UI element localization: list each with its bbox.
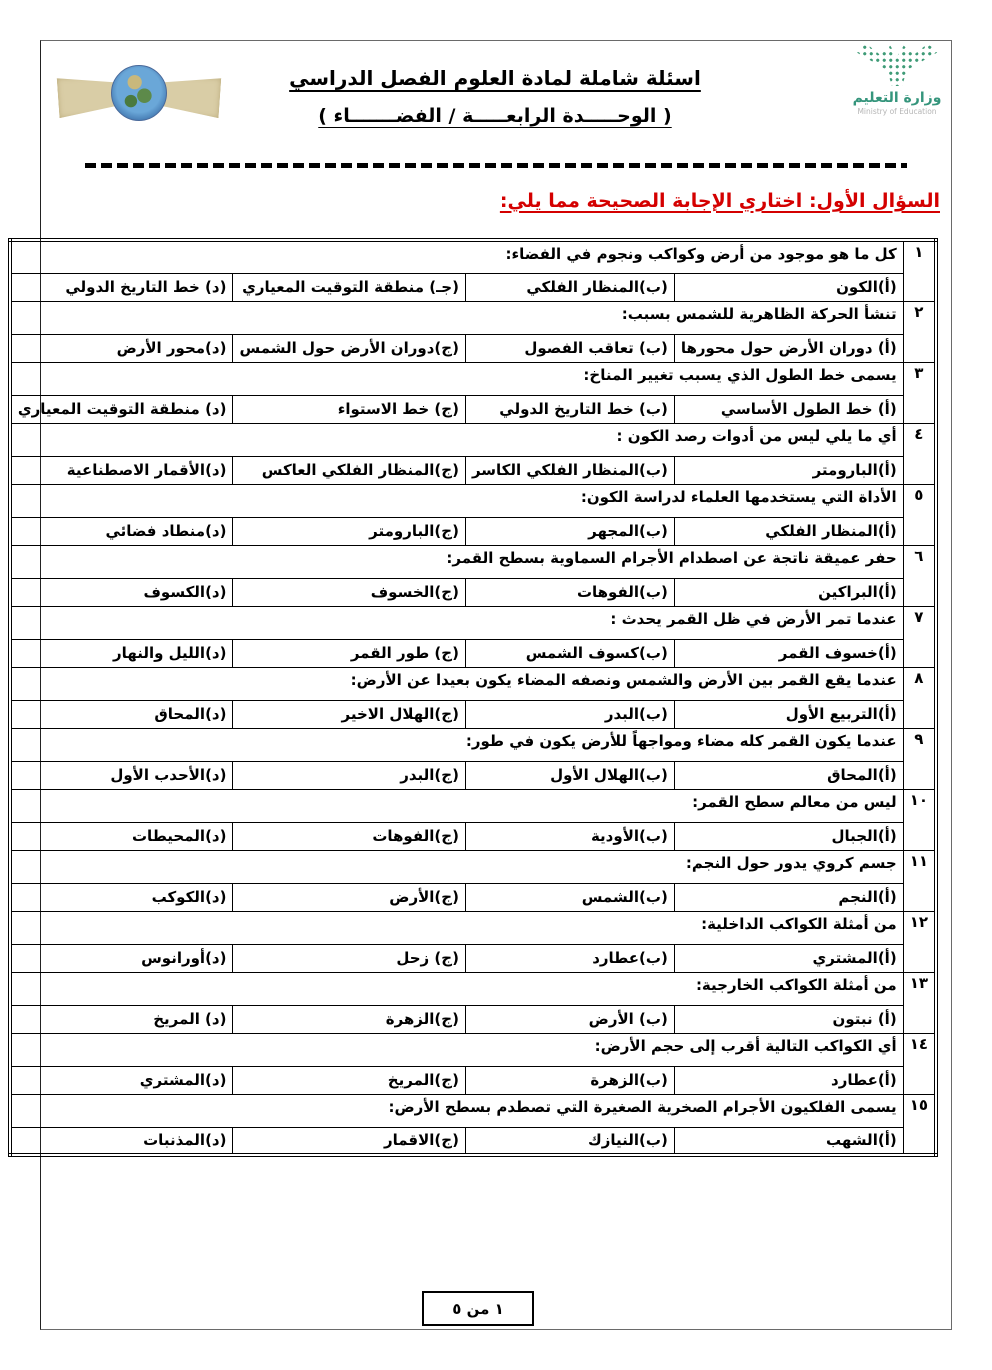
option-cell: (جـ) منطقة التوقيت المعياري [233, 273, 465, 301]
option-cell: (ب)الأودية [465, 822, 674, 850]
options-row: (أ)المحاق(ب)الهلال الأول(ج)البدر(د)الأحد… [10, 761, 936, 789]
question-row: ٩عندما يكون القمر كله مضاء ومواجهاً للأر… [10, 728, 936, 761]
options-row: (أ)المشتري(ب)عطارد(ج) زحل(د)أورانوس [10, 944, 936, 972]
question-row: ١١جسم كروي يدور حول النجم: [10, 850, 936, 883]
question-row: ١٠ليس من معالم سطح القمر: [10, 789, 936, 822]
option-cell: (ج)الاقمار [233, 1127, 465, 1155]
option-cell: (ب)عطارد [465, 944, 674, 972]
question-text: يسمى الفلكيون الأجرام الصخرية الصغيرة ال… [10, 1094, 903, 1127]
option-cell: (ج)الخسوف [233, 578, 465, 606]
option-cell: (أ)الكون [674, 273, 903, 301]
question-number: ١ [903, 240, 936, 301]
question-text: أي ما يلي ليس من أدوات رصد الكون : [10, 423, 903, 456]
option-cell: (د)الأحدب الأول [10, 761, 233, 789]
question-number: ١٤ [903, 1033, 936, 1094]
questions-table: ١كل ما هو موجود من أرض وكواكب ونجوم في ا… [8, 238, 938, 1157]
question-number: ٩ [903, 728, 936, 789]
question-text: أي الكواكب التالية أقرب إلى حجم الأرض: [10, 1033, 903, 1066]
option-cell: (أ)التربيع الأول [674, 700, 903, 728]
option-cell: (د)محور الأرض [10, 334, 233, 362]
question-text: ليس من معالم سطح القمر: [10, 789, 903, 822]
option-cell: (ب)الزهرة [465, 1066, 674, 1094]
palm-tree-icon [855, 44, 939, 86]
page-subtitle: ( الوحـــــدة الرابعـــــة / الفضـــــــ… [240, 105, 750, 127]
page-number: ١ من ٥ [452, 1300, 504, 1318]
option-cell: (أ)النجم [674, 883, 903, 911]
question-row: ٨عندما يقع القمر بين الأرض والشمس ونصفه … [10, 667, 936, 700]
option-cell: (د)المذنبات [10, 1127, 233, 1155]
option-cell: (ج) زحل [233, 944, 465, 972]
question-text: عندما تمر الأرض في ظل القمر يحدث : [10, 606, 903, 639]
option-cell: (ج) خط الاستواء [233, 395, 465, 423]
question-row: ١٥يسمى الفلكيون الأجرام الصخرية الصغيرة … [10, 1094, 936, 1127]
ministry-logo: وزارة التعليم Ministry of Education [838, 44, 956, 116]
options-row: (أ) خط الطول الأساسي(ب) خط التاريخ الدول… [10, 395, 936, 423]
option-cell: (د)أورانوس [10, 944, 233, 972]
options-row: (أ)الشهب(ب)النيازك(ج)الاقمار(د)المذنبات [10, 1127, 936, 1155]
option-cell: (ب)الهلال الأول [465, 761, 674, 789]
option-cell: (ج)المنظار الفلكي العاكس [233, 456, 465, 484]
option-cell: (ب)المنظار الفلكي [465, 273, 674, 301]
option-cell: (د)الكوكب [10, 883, 233, 911]
option-cell: (ج)الأرض [233, 883, 465, 911]
option-cell: (أ)الجبال [674, 822, 903, 850]
option-cell: (د) خط التاريخ الدولي [10, 273, 233, 301]
option-cell: (د) منطقة التوقيت المعياري [10, 395, 233, 423]
option-cell: (ب) تعاقب الفصول [465, 334, 674, 362]
options-row: (أ)البارومتر(ب)المنظار الفلكي الكاسر(ج)ا… [10, 456, 936, 484]
question-row: ١٤أي الكواكب التالية أقرب إلى حجم الأرض: [10, 1033, 936, 1066]
options-row: (أ)عطارد(ب)الزهرة(ج)المريخ(د)المشتري [10, 1066, 936, 1094]
options-row: (أ) نبتون(ب) الأرض(ج)الزهرة(د) المريخ [10, 1005, 936, 1033]
options-row: (أ)النجم(ب)الشمس(ج)الأرض(د)الكوكب [10, 883, 936, 911]
option-cell: (أ) نبتون [674, 1005, 903, 1033]
question-number: ١١ [903, 850, 936, 911]
footer-page-box: ١ من ٥ [422, 1291, 534, 1326]
option-cell: (د)الكسوف [10, 578, 233, 606]
option-cell: (د)منطاد فضائي [10, 517, 233, 545]
exam-document-page: { "header": { "title": "اسئلة شاملة لماد… [0, 0, 992, 1370]
question-number: ١٥ [903, 1094, 936, 1155]
question-number: ٣ [903, 362, 936, 423]
option-cell: (ب)المنظار الفلكي الكاسر [465, 456, 674, 484]
question-text: كل ما هو موجود من أرض وكواكب ونجوم في ال… [10, 240, 903, 273]
question-number: ١٠ [903, 789, 936, 850]
options-row: (أ)خسوف القمر(ب)كسوف الشمس(ج) طور القمر(… [10, 639, 936, 667]
option-cell: (ب) خط التاريخ الدولي [465, 395, 674, 423]
options-row: (أ)الكون(ب)المنظار الفلكي(جـ) منطقة التو… [10, 273, 936, 301]
option-cell: (ب)النيازك [465, 1127, 674, 1155]
dashed-separator [85, 163, 907, 168]
option-cell: (د)المشتري [10, 1066, 233, 1094]
question-row: ١٣من أمثلة الكواكب الخارجية: [10, 972, 936, 1005]
option-cell: (ج) طور القمر [233, 639, 465, 667]
question-number: ٥ [903, 484, 936, 545]
option-cell: (ج)المريخ [233, 1066, 465, 1094]
ministry-name-en: Ministry of Education [838, 107, 956, 116]
question-row: ٧عندما تمر الأرض في ظل القمر يحدث : [10, 606, 936, 639]
option-cell: (أ) خط الطول الأساسي [674, 395, 903, 423]
question-row: ١٢من أمثلة الكواكب الداخلية: [10, 911, 936, 944]
question-text: من أمثلة الكواكب الداخلية: [10, 911, 903, 944]
header-titles: اسئلة شاملة لمادة العلوم الفصل الدراسي (… [240, 66, 750, 127]
options-row: (أ)الجبال(ب)الأودية(ج)الفوهات(د)المحيطات [10, 822, 936, 850]
option-cell: (ج)الفوهات [233, 822, 465, 850]
question-text: يسمى خط الطول الذي يسبب تغيير المناخ: [10, 362, 903, 395]
question-text: جسم كروي يدور حول النجم: [10, 850, 903, 883]
globe-icon [111, 65, 167, 121]
option-cell: (أ)المحاق [674, 761, 903, 789]
options-row: (أ) دوران الأرض حول محورها(ب) تعاقب الفص… [10, 334, 936, 362]
option-cell: (أ) دوران الأرض حول محورها [674, 334, 903, 362]
question-number: ٧ [903, 606, 936, 667]
question-text: حفر عميقة ناتجة عن اصطدام الأجرام السماو… [10, 545, 903, 578]
question-text: عندما يقع القمر بين الأرض والشمس ونصفه ا… [10, 667, 903, 700]
question-number: ١٣ [903, 972, 936, 1033]
option-cell: (ب)البدر [465, 700, 674, 728]
option-cell: (ب)الفوهات [465, 578, 674, 606]
question-number: ٤ [903, 423, 936, 484]
question-number: ٦ [903, 545, 936, 606]
option-cell: (أ)المنظار الفلكي [674, 517, 903, 545]
option-cell: (ب)المجهر [465, 517, 674, 545]
question-number: ١٢ [903, 911, 936, 972]
option-cell: (ب) الأرض [465, 1005, 674, 1033]
option-cell: (ج)الزهرة [233, 1005, 465, 1033]
school-logo [58, 62, 220, 126]
option-cell: (ب)الشمس [465, 883, 674, 911]
question-text: عندما يكون القمر كله مضاء ومواجهاً للأرض… [10, 728, 903, 761]
options-row: (أ)التربيع الأول(ب)البدر(ج)الهلال الاخير… [10, 700, 936, 728]
option-cell: (أ)المشتري [674, 944, 903, 972]
question-text: الأداة التي يستخدمها العلماء لدراسة الكو… [10, 484, 903, 517]
options-row: (أ)البراكين(ب)الفوهات(ج)الخسوف(د)الكسوف [10, 578, 936, 606]
ministry-name-ar: وزارة التعليم [838, 90, 956, 106]
options-row: (أ)المنظار الفلكي(ب)المجهر(ج)البارومتر(د… [10, 517, 936, 545]
option-cell: (د)الليل والنهار [10, 639, 233, 667]
option-cell: (أ)عطارد [674, 1066, 903, 1094]
option-cell: (ج)البدر [233, 761, 465, 789]
option-cell: (د)الأقمار الاصطناعية [10, 456, 233, 484]
question-row: ٢تنشأ الحركة الظاهرية للشمس بسبب: [10, 301, 936, 334]
option-cell: (أ)الشهب [674, 1127, 903, 1155]
section-heading: السؤال الأول: اختاري الإجابة الصحيحة مما… [500, 190, 940, 212]
option-cell: (أ)البارومتر [674, 456, 903, 484]
option-cell: (أ)البراكين [674, 578, 903, 606]
question-text: من أمثلة الكواكب الخارجية: [10, 972, 903, 1005]
option-cell: (ج)البارومتر [233, 517, 465, 545]
option-cell: (ج)دوران الأرض حول الشمس [233, 334, 465, 362]
option-cell: (ج)الهلال الاخير [233, 700, 465, 728]
question-row: ٥الأداة التي يستخدمها العلماء لدراسة الك… [10, 484, 936, 517]
question-row: ٤أي ما يلي ليس من أدوات رصد الكون : [10, 423, 936, 456]
question-number: ٨ [903, 667, 936, 728]
option-cell: (أ)خسوف القمر [674, 639, 903, 667]
question-row: ٦حفر عميقة ناتجة عن اصطدام الأجرام السما… [10, 545, 936, 578]
question-row: ٣يسمى خط الطول الذي يسبب تغيير المناخ: [10, 362, 936, 395]
option-cell: (د)المحاق [10, 700, 233, 728]
option-cell: (ب)كسوف الشمس [465, 639, 674, 667]
option-cell: (د) المريخ [10, 1005, 233, 1033]
question-number: ٢ [903, 301, 936, 362]
page-title: اسئلة شاملة لمادة العلوم الفصل الدراسي [240, 66, 750, 90]
question-row: ١كل ما هو موجود من أرض وكواكب ونجوم في ا… [10, 240, 936, 273]
option-cell: (د)المحيطات [10, 822, 233, 850]
question-text: تنشأ الحركة الظاهرية للشمس بسبب: [10, 301, 903, 334]
